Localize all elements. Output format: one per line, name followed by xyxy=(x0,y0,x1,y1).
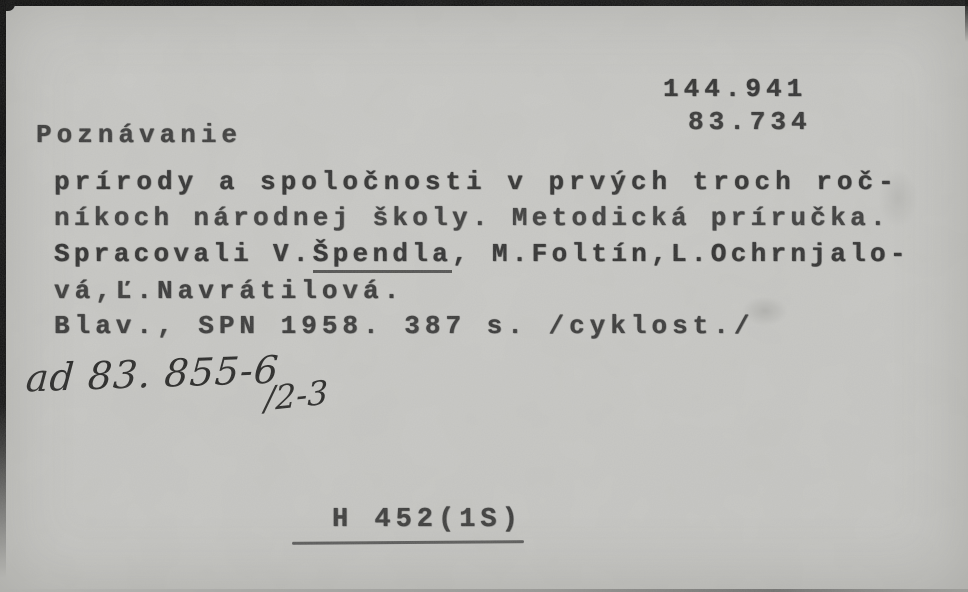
scanned-catalog-card: 144.941 83.734 Poznávanie prírody a spol… xyxy=(0,0,968,592)
card-paper: 144.941 83.734 Poznávanie prírody a spol… xyxy=(0,0,968,592)
call-number-top: 144.941 xyxy=(663,74,807,104)
underlined-author-name: Špendla xyxy=(313,239,452,273)
body-line-3: Spracovali V.Špendla, M.Foltín,L.Ochrnja… xyxy=(54,239,910,269)
body-line-5: Blav., SPN 1958. 387 s. /cyklost./ xyxy=(54,311,755,341)
card-heading: Poznávanie xyxy=(36,120,242,150)
handwritten-note-main: ad 83. 855-6 xyxy=(25,348,281,401)
body-line-3-post: , M.Foltín,L.Ochrnjalo- xyxy=(452,239,910,269)
shelf-mark: H 452(1S) xyxy=(332,505,523,535)
handwritten-note-sub: /2-3 xyxy=(264,373,328,419)
body-line-4: vá,Ľ.Navrátilová. xyxy=(54,276,404,306)
scan-border-top xyxy=(0,0,968,6)
body-line-3-pre: Spracovali V. xyxy=(54,239,313,269)
handwritten-note: ad 83. 855-6 /2-3 xyxy=(26,352,386,422)
call-number-bottom: 83.734 xyxy=(688,107,812,137)
body-line-1: prírody a spoločnosti v prvých troch roč… xyxy=(54,167,899,197)
body-line-2: níkoch národnej školy. Metodická príručk… xyxy=(54,203,890,233)
scan-border-left xyxy=(0,0,6,578)
shelf-mark-underline xyxy=(292,540,524,545)
